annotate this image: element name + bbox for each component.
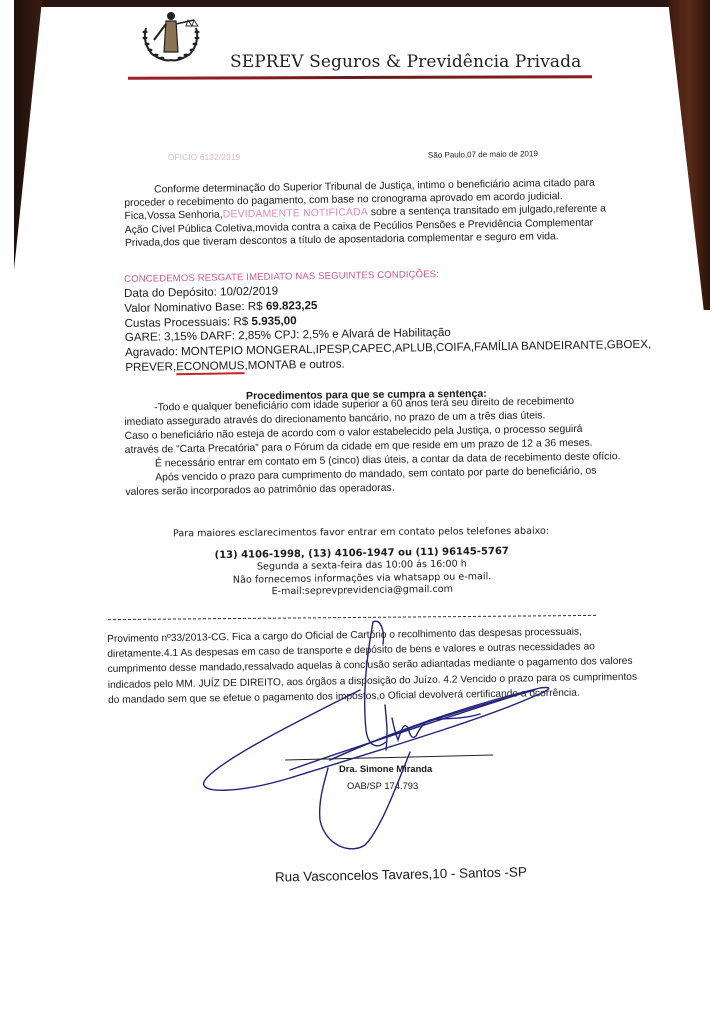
intro-paragraph: Conforme determinação do Superior Tribun… xyxy=(124,176,606,250)
costs-value: 5.935,00 xyxy=(251,314,296,328)
defendant-underlined: ECONOMUS xyxy=(176,359,244,373)
deposit-date-value: 10/02/2019 xyxy=(220,285,278,299)
nominal-value-label: Valor Nominativo Base: R$ xyxy=(124,300,266,315)
reference-number: OFICIO 6132/2019 xyxy=(168,153,240,162)
contact-intro: Para maiores esclarecimentos favor entra… xyxy=(173,526,549,540)
notified-highlight: DEVIDAMENTE NOTIFICADA xyxy=(223,208,368,221)
section-divider xyxy=(108,615,596,620)
signer-name: Dra. Simone Miranda xyxy=(339,763,432,774)
signature-line xyxy=(285,754,493,760)
header-divider xyxy=(128,75,592,80)
provimento-paragraph: Provimento nº33/2013-CG. Fica a cargo do… xyxy=(107,624,637,708)
signer-oab: OAB/SP 174.793 xyxy=(347,780,418,791)
intro-line-start: Fica,Vossa Senhoria, xyxy=(124,210,222,223)
contact-block: (13) 4106-1998, (13) 4106-1947 ou (11) 9… xyxy=(202,546,523,600)
defendants-post: ,MONTAB e outros. xyxy=(244,358,344,373)
nominal-value: 69.823,25 xyxy=(266,299,318,313)
conditions-block: Data do Depósito: 10/02/2019 Valor Nomin… xyxy=(124,279,652,376)
defendants-pre: PREVER, xyxy=(125,360,176,374)
procedures-block: -Todo e qualquer beneficiário com idade … xyxy=(124,394,621,500)
deposit-date-label: Data do Depósito: xyxy=(124,285,220,300)
address: Rua Vasconcelos Tavares,10 - Santos -SP xyxy=(275,864,527,884)
costs-label: Custas Processuais: R$ xyxy=(124,315,251,330)
company-name: SEPREV Seguros & Previdência Privada xyxy=(230,52,581,72)
letter-page: SEPREV Seguros & Previdência Privada OFI… xyxy=(0,0,724,1024)
justice-scales-logo-icon xyxy=(138,8,204,66)
place-date: São Paulo,07 de maio de 2019 xyxy=(428,149,538,160)
